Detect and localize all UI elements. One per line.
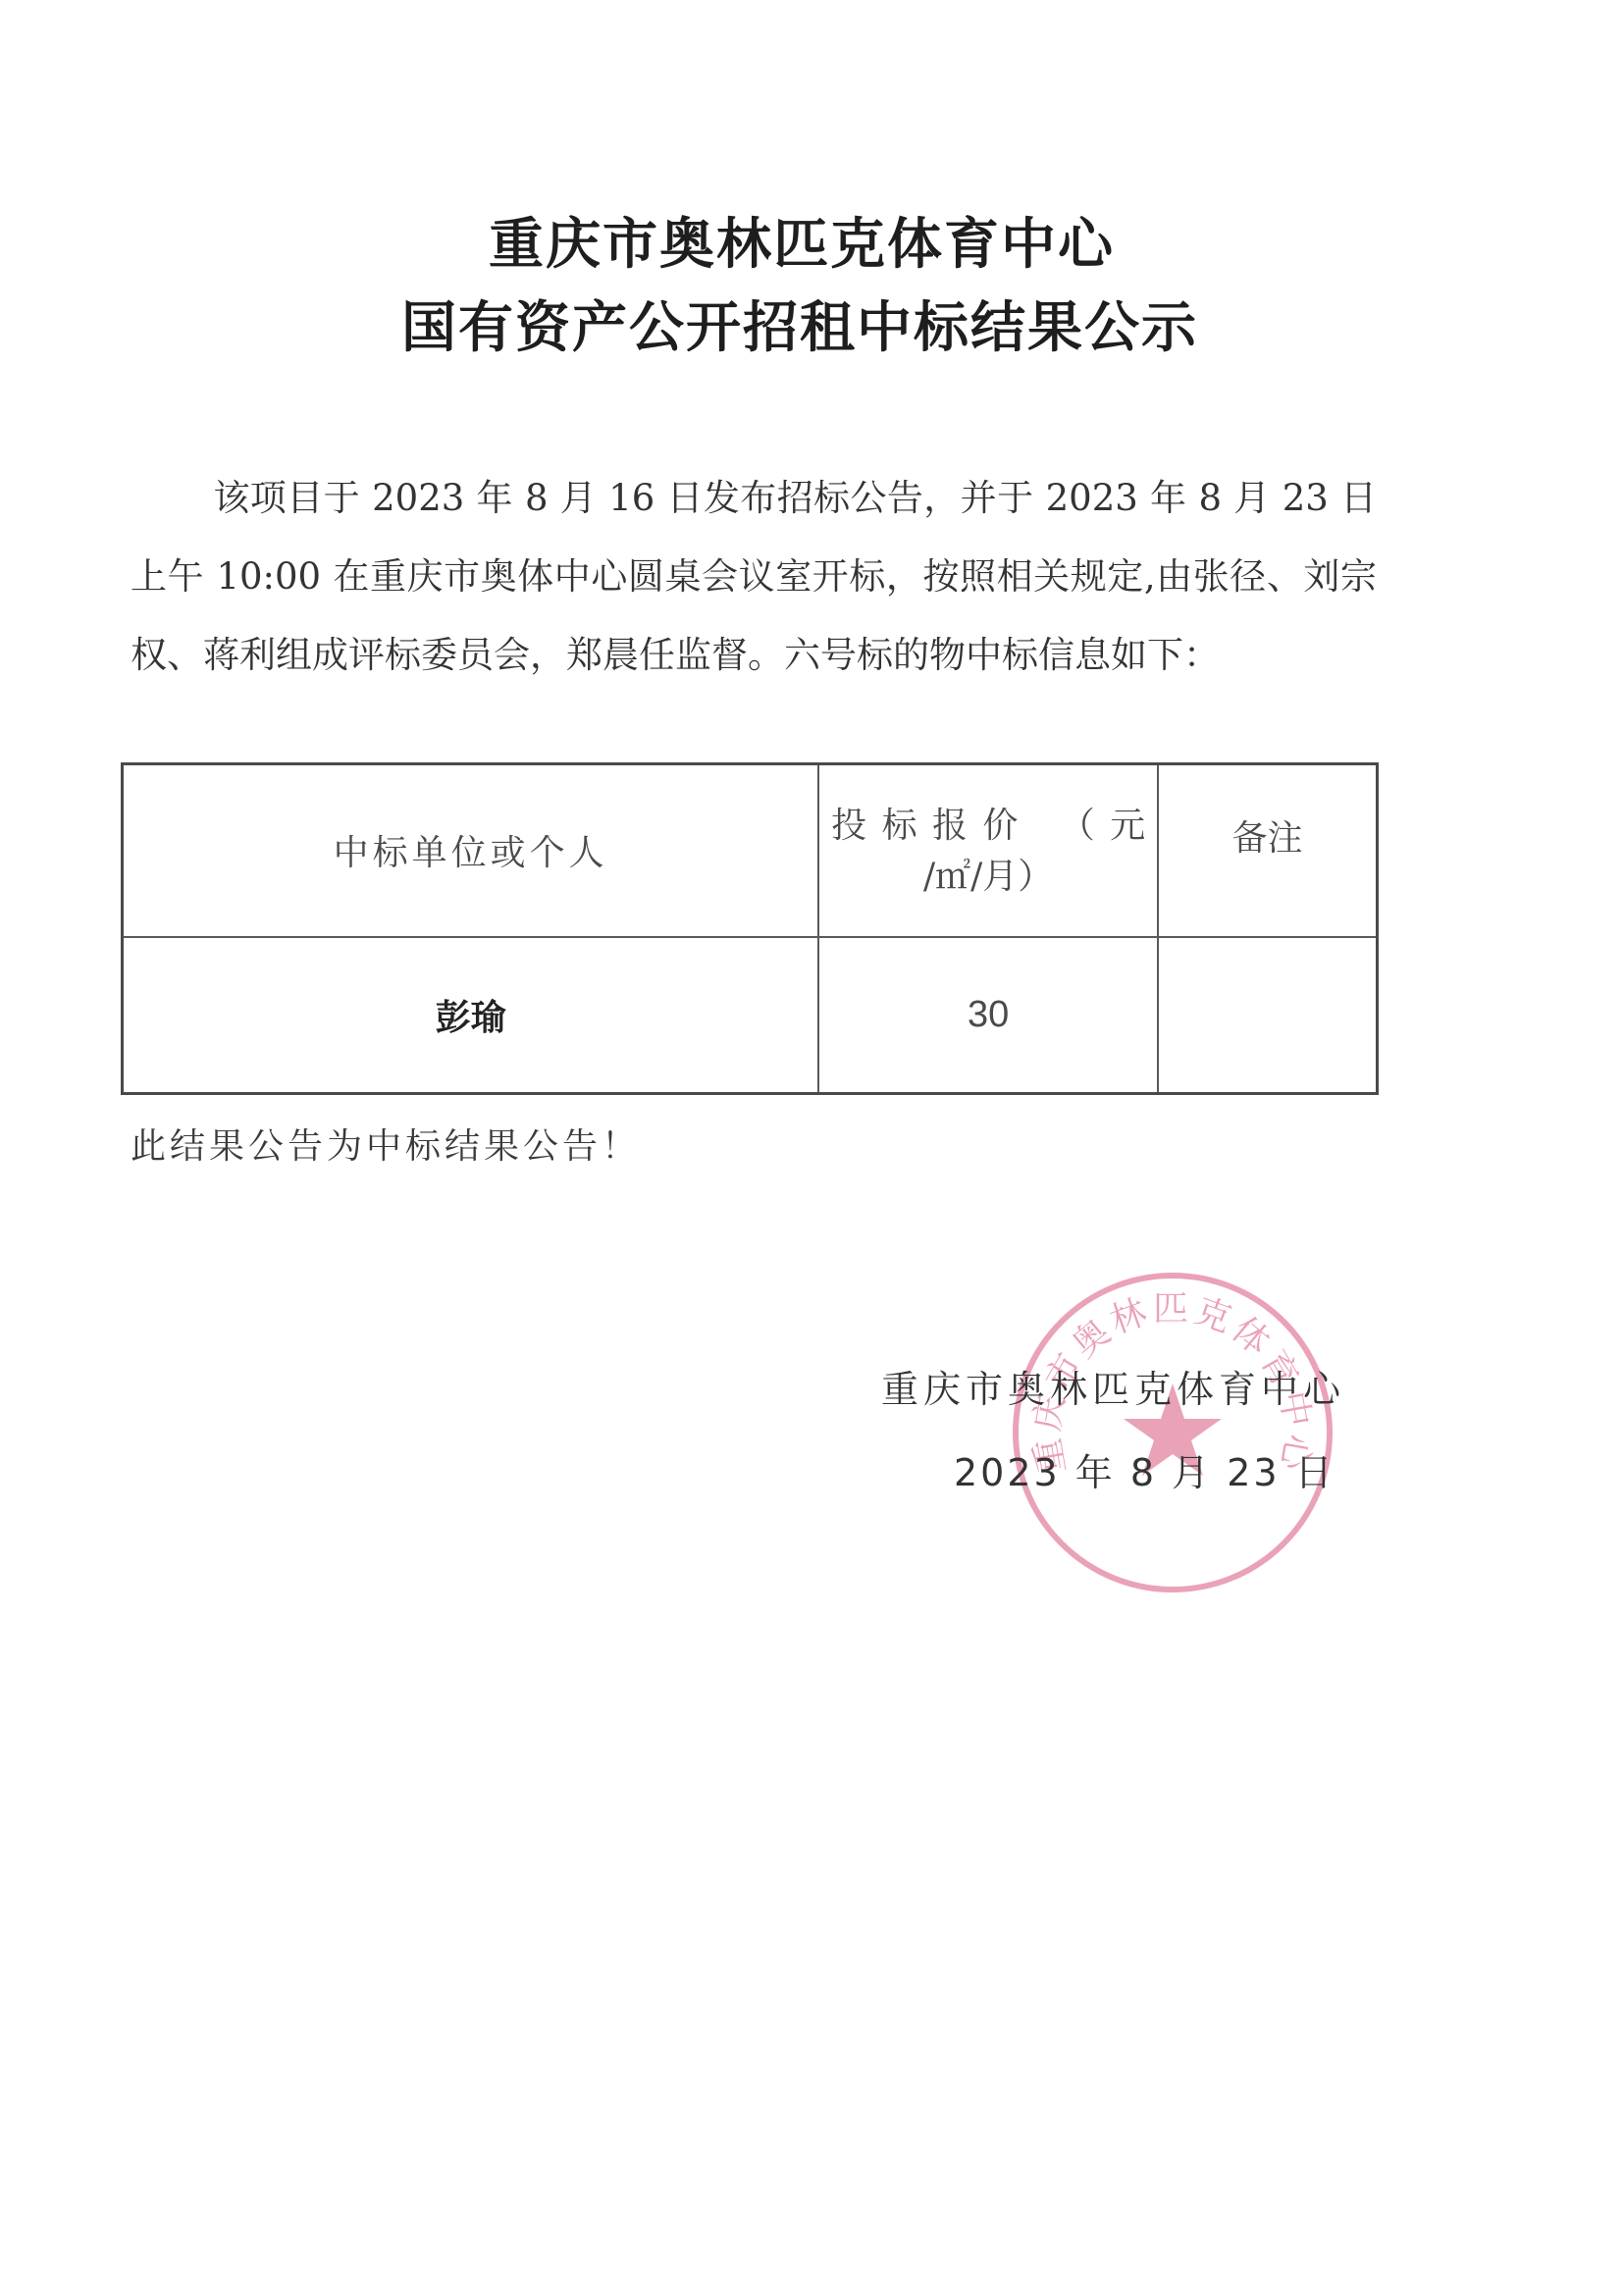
document-title-line1: 重庆市奥林匹克体育中心 [0, 201, 1613, 280]
document-title-line2: 国有资产公开招租中标结果公示 [0, 285, 1611, 363]
header-price-line1: 投标报价 （元 [831, 801, 1145, 852]
signature-date: 2023 年 8 月 23 日 [954, 1442, 1335, 1496]
official-seal-stamp: 重庆市奥林匹克体育中心 [1006, 1266, 1339, 1599]
body-paragraph-text: 该项目于 2023 年 8 月 16 日发布招标公告，并于 2023 年 8 月… [131, 477, 1377, 676]
header-price-line2: /㎡/月） [923, 857, 1053, 897]
header-winner: 中标单位或个人 [123, 764, 819, 937]
table-header-row: 中标单位或个人 投标报价 （元 /㎡/月） 备注 [123, 764, 1378, 937]
bid-result-table: 中标单位或个人 投标报价 （元 /㎡/月） 备注 彭瑜 30 [121, 762, 1379, 1095]
cell-remark [1158, 937, 1377, 1094]
header-price: 投标报价 （元 /㎡/月） [818, 764, 1158, 937]
header-remark: 备注 [1158, 764, 1377, 937]
closing-statement: 此结果公告为中标结果公告！ [131, 1119, 641, 1169]
table-row: 彭瑜 30 [123, 937, 1378, 1094]
cell-winner: 彭瑜 [123, 937, 819, 1094]
signature-organization: 重庆市奥林匹克体育中心 [881, 1359, 1345, 1413]
cell-price: 30 [818, 937, 1158, 1094]
body-paragraph: 该项目于 2023 年 8 月 16 日发布招标公告，并于 2023 年 8 月… [131, 459, 1377, 695]
